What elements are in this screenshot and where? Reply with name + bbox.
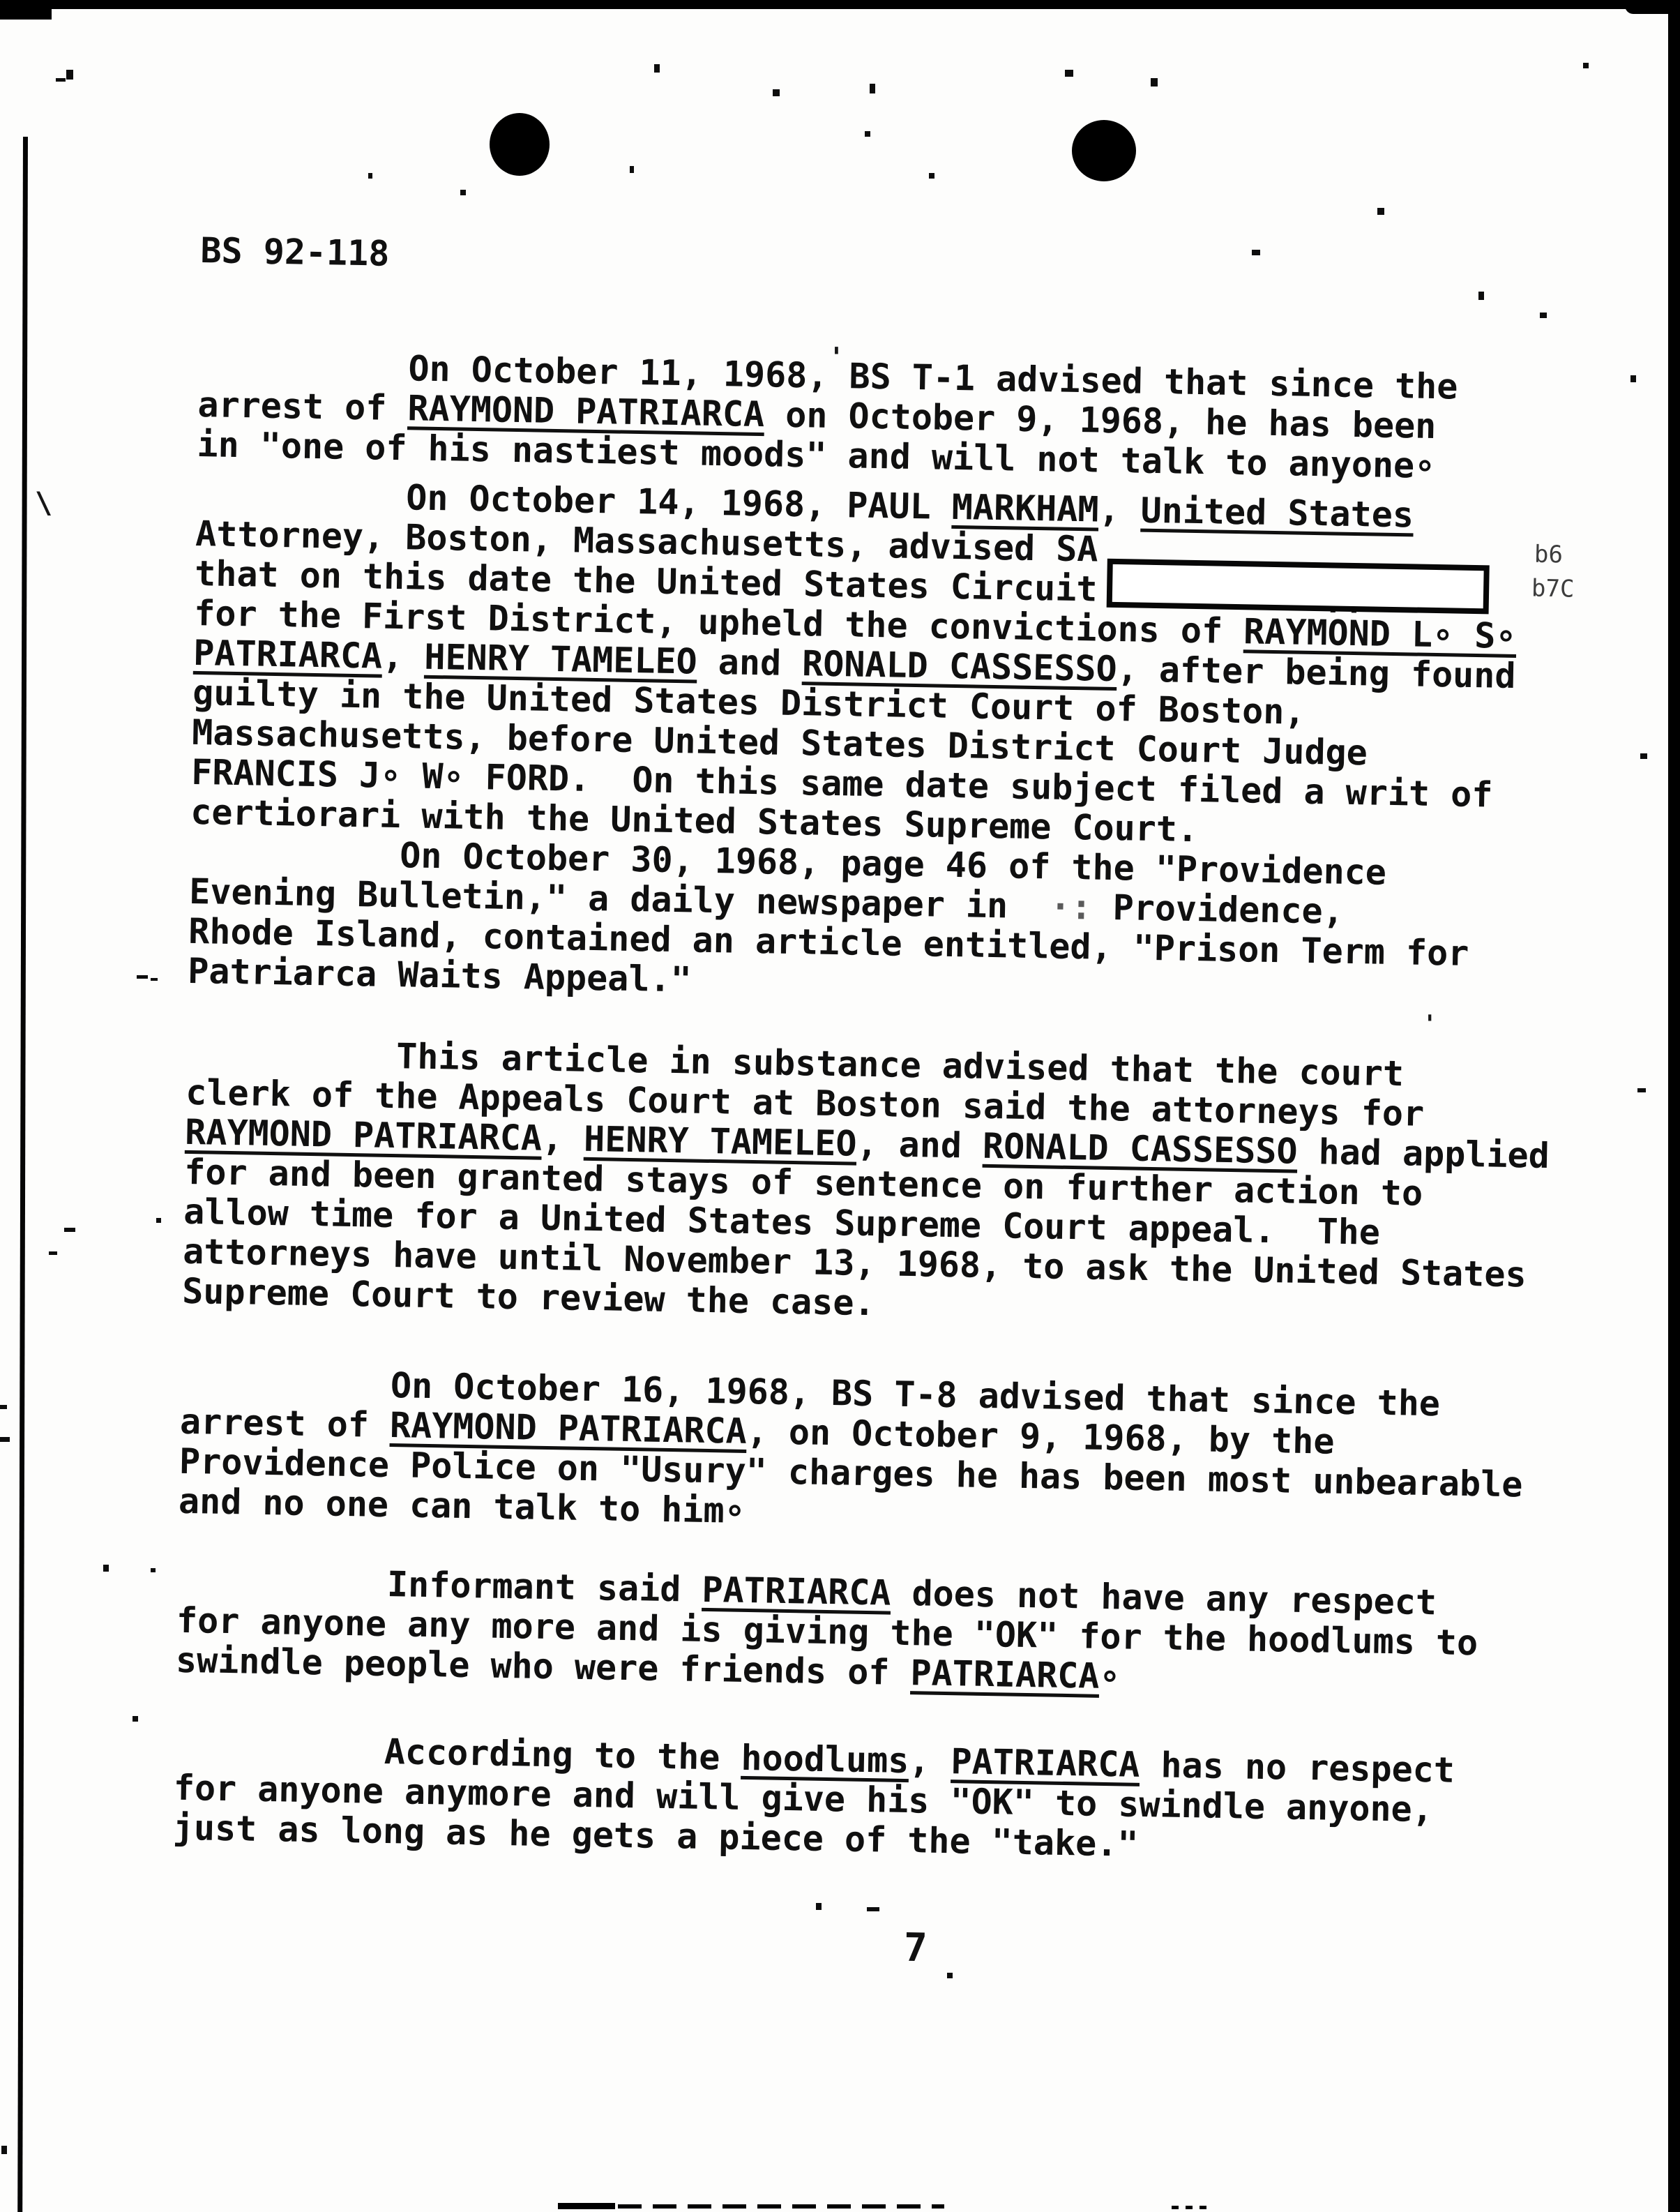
typed-text: , and — [856, 1124, 983, 1166]
case-number: BS 92-118 — [200, 230, 390, 274]
scan-speck — [1637, 1088, 1646, 1092]
typed-text: ∘ — [1099, 1656, 1121, 1697]
scan-speck — [156, 1218, 161, 1223]
scan-speck — [1252, 250, 1260, 255]
scan-speck — [49, 1251, 57, 1255]
scan-speck — [1540, 313, 1547, 318]
stray-mark: ' — [1423, 1010, 1437, 1038]
underlined-name: RAYMOND PATRIARCA — [185, 1112, 543, 1159]
scan-speck — [1151, 78, 1158, 86]
typed-text: Patriarca Waits Appeal." — [188, 951, 692, 1000]
typed-text: arrest of — [180, 1401, 391, 1445]
underlined-name: HENRY TAMELEO — [424, 637, 697, 682]
typed-text: Providence, — [1091, 887, 1344, 931]
document-body: On October 11, 1968, BS T-1 advised that… — [172, 345, 1600, 1872]
scan-speck — [151, 978, 158, 981]
hole-punch-2 — [1072, 120, 1136, 181]
underlined-name: United States — [1140, 490, 1414, 536]
scan-speck — [870, 84, 875, 93]
scan-speck — [137, 975, 148, 979]
scan-corner-top-left — [0, 0, 52, 20]
document-page: BS 92-118 On October 11, 1968, BS T-1 ad… — [0, 0, 1680, 2212]
underlined-name: RAYMOND PATRIARCA — [407, 388, 765, 435]
underlined-name: RAYMOND PATRIARCA — [390, 1405, 748, 1452]
scan-speck — [460, 190, 466, 195]
scan-speck — [66, 70, 73, 80]
scan-speck — [56, 78, 66, 82]
scan-speck — [1, 2146, 7, 2154]
typed-text: arrest of — [197, 384, 408, 428]
page-number: 7 — [903, 1925, 928, 1971]
typed-text: , — [909, 1740, 951, 1782]
typed-text: , — [541, 1118, 584, 1159]
typed-text: , — [382, 636, 425, 677]
scan-edge-right — [1668, 0, 1680, 2212]
scan-speck — [654, 64, 660, 73]
scan-speck — [1630, 375, 1636, 382]
toner-streak — [618, 2204, 944, 2209]
underlined-name: RONALD CASSESSO — [802, 643, 1117, 689]
paragraph: Informant said PATRIARCA does not have a… — [176, 1561, 1580, 1705]
paragraph: According to the hoodlums, PATRIARCA has… — [172, 1729, 1576, 1872]
typed-text: has no respect — [1140, 1745, 1455, 1791]
scan-speck — [1640, 753, 1647, 759]
toner-streak — [1172, 2206, 1211, 2209]
paragraph: On October 14, 1968, PAUL MARKHAM, Unite… — [190, 474, 1598, 857]
paragraph: On October 16, 1968, BS T-8 advised that… — [179, 1362, 1583, 1546]
scan-speck — [773, 89, 780, 96]
paragraph: On October 30, 1968, page 46 of the "Pro… — [188, 832, 1592, 1016]
underlined-name: HENRY TAMELEO — [584, 1119, 857, 1164]
typed-text: and — [697, 642, 803, 684]
stray-mark: ' — [828, 342, 845, 373]
scan-speck — [947, 1973, 953, 1978]
scan-speck — [0, 1437, 10, 1442]
paragraph: This article in substance advised that t… — [182, 1033, 1589, 1336]
scan-speck — [1065, 70, 1073, 77]
scan-edge-right-curve — [1625, 4, 1674, 14]
scan-speck — [929, 173, 934, 179]
scan-speck — [816, 1903, 822, 1910]
scan-fold-line — [17, 137, 28, 2212]
underlined-name: RONALD CASSESSO — [983, 1126, 1298, 1172]
underlined-name: hoodlums — [741, 1738, 909, 1781]
scan-speck — [630, 166, 634, 173]
typed-text: had applied — [1297, 1131, 1550, 1176]
underlined-name: MARKHAM — [951, 487, 1099, 530]
exemption-code-b7c: b7C — [1531, 574, 1575, 603]
underlined-name: PATRIARCA — [910, 1653, 1100, 1696]
underlined-name: PATRIARCA — [193, 633, 383, 677]
typed-text: , — [1098, 490, 1141, 531]
scan-speck — [368, 173, 372, 179]
paragraph: On October 11, 1968, BS T-1 advised that… — [197, 345, 1600, 489]
stray-mark: \ — [35, 486, 52, 520]
scan-speck — [1583, 63, 1589, 68]
scan-speck — [133, 1716, 138, 1722]
smudge-mark: ·: — [1050, 886, 1092, 927]
toner-streak — [558, 2203, 615, 2209]
hole-punch-1 — [490, 113, 550, 176]
scan-speck — [865, 131, 870, 137]
scan-speck — [0, 1405, 7, 1409]
scan-speck — [151, 1568, 156, 1572]
scan-speck — [1377, 208, 1384, 215]
underlined-name: PATRIARCA — [702, 1570, 891, 1613]
redaction-box — [1107, 559, 1490, 615]
scan-speck — [64, 1228, 75, 1232]
underlined-name: RAYMOND L∘ S∘ — [1243, 611, 1517, 656]
scan-speck — [867, 1907, 879, 1911]
scan-speck — [103, 1565, 109, 1572]
scan-speck — [1478, 292, 1484, 300]
underlined-name: PATRIARCA — [951, 1741, 1140, 1785]
scan-edge-top — [0, 0, 1680, 9]
exemption-code-b6: b6 — [1534, 541, 1564, 569]
